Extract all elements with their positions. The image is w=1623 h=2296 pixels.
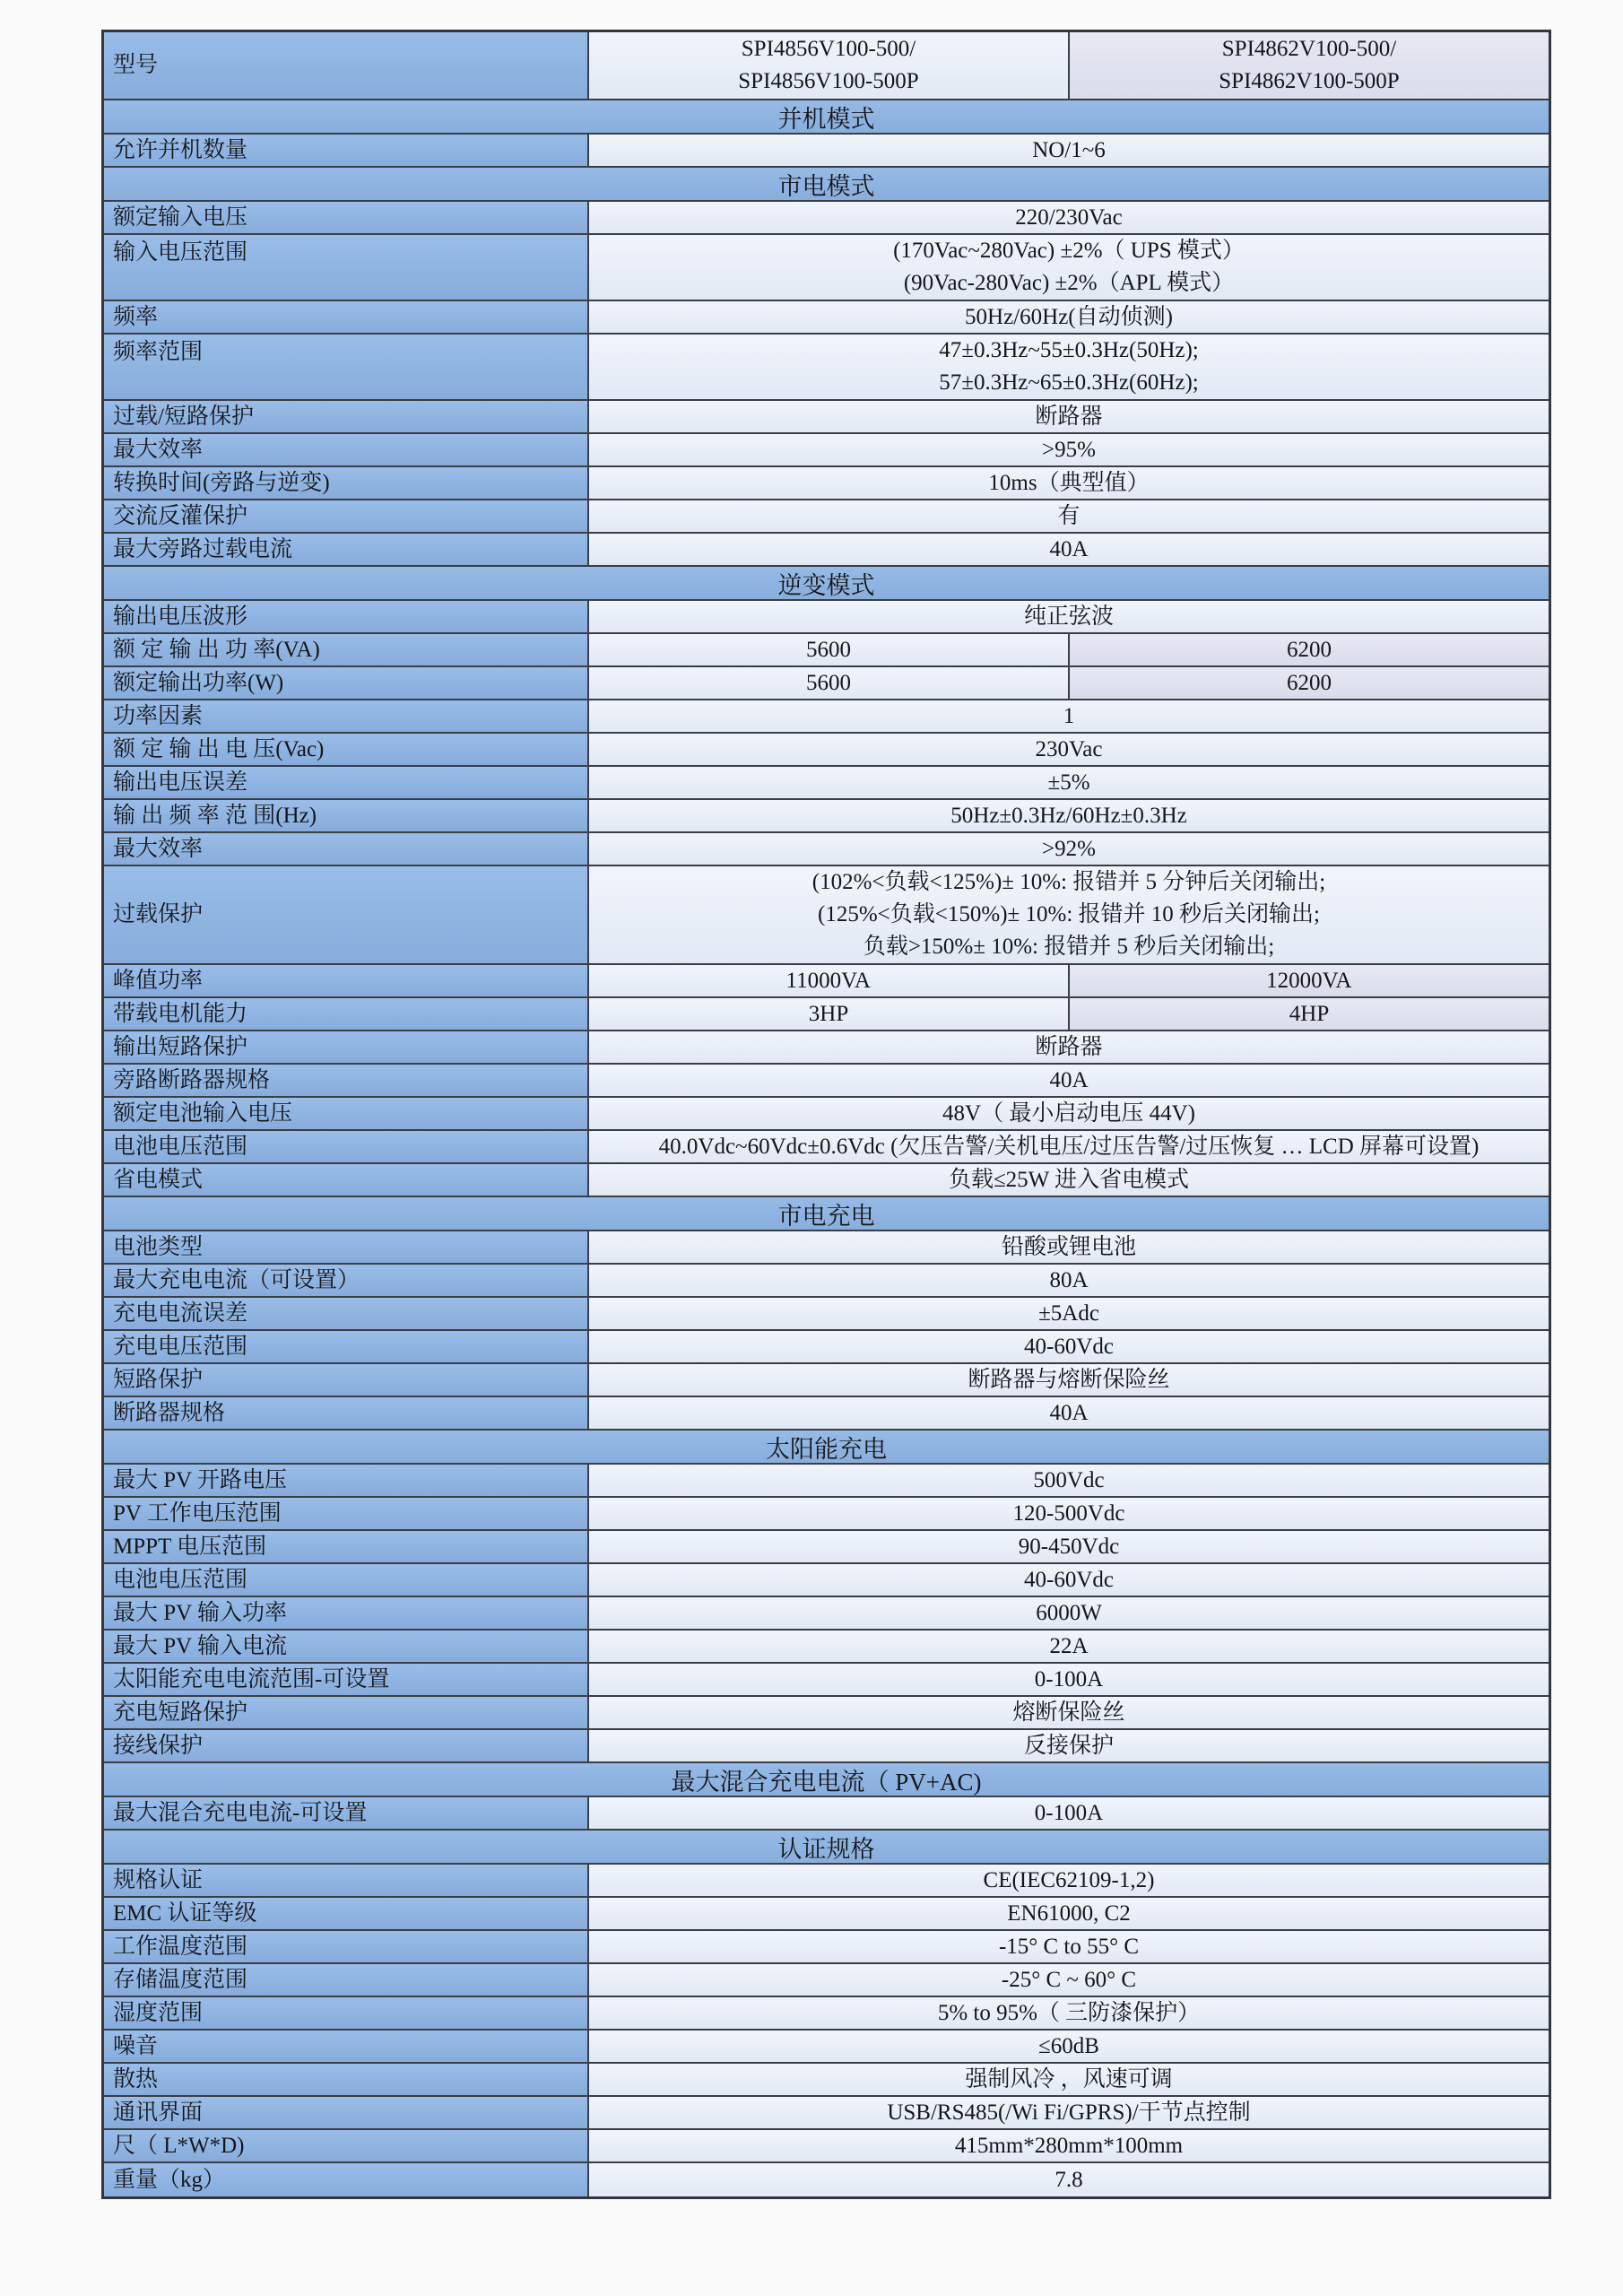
spec-row: 存储温度范围-25° C ~ 60° C bbox=[104, 1964, 1549, 1997]
row-value: 415mm*280mm*100mm bbox=[589, 2130, 1549, 2161]
row-label: 尺（ L*W*D) bbox=[104, 2130, 589, 2161]
value-line: SPI4862V100-500P bbox=[1070, 65, 1549, 98]
row-label: 最大混合充电电流-可设置 bbox=[104, 1797, 589, 1829]
spec-row: 过载/短路保护断路器 bbox=[104, 401, 1549, 434]
row-value: 50Hz/60Hz(自动侦测) bbox=[589, 301, 1549, 333]
spec-row: 额 定 输 出 电 压(Vac)230Vac bbox=[104, 734, 1549, 767]
row-label: 散热 bbox=[104, 2064, 589, 2095]
spec-row: 额定电池输入电压48V（ 最小启动电压 44V) bbox=[104, 1098, 1549, 1131]
spec-row: 最大 PV 输入电流22A bbox=[104, 1631, 1549, 1664]
section-title: 市电模式 bbox=[104, 167, 1549, 202]
spec-row: 带载电机能力3HP4HP bbox=[104, 998, 1549, 1031]
row-label: 通讯界面 bbox=[104, 2097, 589, 2128]
value-line: (125%<负载<150%)± 10%: 报错并 10 秒后关闭输出; bbox=[589, 899, 1549, 931]
row-label: 过载/短路保护 bbox=[104, 401, 589, 432]
row-value: 40-60Vdc bbox=[589, 1331, 1549, 1362]
row-value: 50Hz±0.3Hz/60Hz±0.3Hz bbox=[589, 800, 1549, 831]
value-line: 5600 bbox=[589, 634, 1068, 665]
value-line: 5% to 95%（ 三防漆保护） bbox=[589, 1997, 1549, 2029]
row-label: 重量（kg） bbox=[104, 2163, 589, 2196]
value-line: 22A bbox=[589, 1631, 1549, 1662]
spec-row: 短路保护断路器与熔断保险丝 bbox=[104, 1364, 1549, 1397]
section-title: 市电充电 bbox=[104, 1196, 1549, 1231]
row-value: 5600 bbox=[589, 667, 1070, 699]
row-value: 220/230Vac bbox=[589, 202, 1549, 233]
spec-row: 频率范围47±0.3Hz~55±0.3Hz(50Hz);57±0.3Hz~65±… bbox=[104, 335, 1549, 401]
row-value: NO/1~6 bbox=[589, 135, 1549, 166]
row-value: 80A bbox=[589, 1265, 1549, 1296]
row-value: 10ms（典型值） bbox=[589, 467, 1549, 499]
row-value: 4HP bbox=[1070, 998, 1549, 1030]
spec-row: 湿度范围5% to 95%（ 三防漆保护） bbox=[104, 1997, 1549, 2031]
spec-row: 电池类型铅酸或锂电池 bbox=[104, 1231, 1549, 1265]
row-value: (102%<负载<125%)± 10%: 报错并 5 分钟后关闭输出;(125%… bbox=[589, 866, 1549, 963]
value-line: 0-100A bbox=[589, 1797, 1549, 1829]
row-value: -25° C ~ 60° C bbox=[589, 1964, 1549, 1996]
value-line: SPI4856V100-500P bbox=[589, 65, 1068, 98]
row-value: 强制风冷 ，风速可调 bbox=[589, 2064, 1549, 2095]
row-label: PV 工作电压范围 bbox=[104, 1498, 589, 1529]
section-title: 并机模式 bbox=[104, 100, 1549, 135]
row-value: 120-500Vdc bbox=[589, 1498, 1549, 1529]
row-label: 额 定 输 出 电 压(Vac) bbox=[104, 734, 589, 765]
spec-row: 尺（ L*W*D)415mm*280mm*100mm bbox=[104, 2130, 1549, 2163]
row-label: 允许并机数量 bbox=[104, 135, 589, 166]
value-line: 0-100A bbox=[589, 1664, 1549, 1695]
value-line: 熔断保险丝 bbox=[589, 1697, 1549, 1728]
value-line: -25° C ~ 60° C bbox=[589, 1964, 1549, 1996]
value-line: SPI4862V100-500/ bbox=[1070, 33, 1549, 65]
row-label: 峰值功率 bbox=[104, 965, 589, 996]
spec-row: 最大混合充电电流-可设置0-100A bbox=[104, 1797, 1549, 1831]
row-label: 输出短路保护 bbox=[104, 1031, 589, 1063]
row-label: 电池类型 bbox=[104, 1231, 589, 1263]
row-label: 额定电池输入电压 bbox=[104, 1098, 589, 1129]
row-label: 功率因素 bbox=[104, 700, 589, 732]
value-line: ±5Adc bbox=[589, 1298, 1549, 1329]
spec-row: 额 定 输 出 功 率(VA)56006200 bbox=[104, 634, 1549, 667]
spec-row: 工作温度范围-15° C to 55° C bbox=[104, 1931, 1549, 1964]
row-value: 5600 bbox=[589, 634, 1070, 665]
row-value: SPI4856V100-500/SPI4856V100-500P bbox=[589, 32, 1070, 99]
row-value: 12000VA bbox=[1070, 965, 1549, 996]
row-value: ≤60dB bbox=[589, 2031, 1549, 2062]
value-line: 230Vac bbox=[589, 734, 1549, 765]
value-line: CE(IEC62109-1,2) bbox=[589, 1865, 1549, 1896]
value-line: EN61000, C2 bbox=[589, 1898, 1549, 1929]
row-label: 电池电压范围 bbox=[104, 1131, 589, 1162]
row-value: 有 bbox=[589, 500, 1549, 532]
row-value: 0-100A bbox=[589, 1664, 1549, 1695]
value-line: 12000VA bbox=[1070, 965, 1549, 996]
row-value: 40-60Vdc bbox=[589, 1564, 1549, 1596]
row-value: 22A bbox=[589, 1631, 1549, 1662]
section-header-row: 市电充电 bbox=[104, 1197, 1549, 1231]
value-line: 40A bbox=[589, 1397, 1549, 1429]
row-label: 断路器规格 bbox=[104, 1397, 589, 1429]
spec-row: EMC 认证等级EN61000, C2 bbox=[104, 1898, 1549, 1931]
row-value: SPI4862V100-500/SPI4862V100-500P bbox=[1070, 32, 1549, 99]
value-line: 90-450Vdc bbox=[589, 1531, 1549, 1562]
value-line: 40-60Vdc bbox=[589, 1564, 1549, 1596]
row-label: EMC 认证等级 bbox=[104, 1898, 589, 1929]
row-label: 额定输出功率(W) bbox=[104, 667, 589, 699]
row-value: 40A bbox=[589, 1397, 1549, 1429]
row-value: 11000VA bbox=[589, 965, 1070, 996]
row-value: EN61000, C2 bbox=[589, 1898, 1549, 1929]
section-header-row: 并机模式 bbox=[104, 100, 1549, 135]
row-value: 40A bbox=[589, 1065, 1549, 1096]
spec-row: 允许并机数量NO/1~6 bbox=[104, 135, 1549, 168]
row-label: 最大 PV 输入电流 bbox=[104, 1631, 589, 1662]
row-label: 电池电压范围 bbox=[104, 1564, 589, 1596]
row-label: 最大 PV 输入功率 bbox=[104, 1597, 589, 1629]
row-value: 熔断保险丝 bbox=[589, 1697, 1549, 1728]
spec-row: 重量（kg）7.8 bbox=[104, 2163, 1549, 2196]
row-label: 太阳能充电电流范围-可设置 bbox=[104, 1664, 589, 1695]
row-label: 输出电压波形 bbox=[104, 601, 589, 632]
row-value: 3HP bbox=[589, 998, 1070, 1030]
value-line: SPI4856V100-500/ bbox=[589, 33, 1068, 65]
row-label: 短路保护 bbox=[104, 1364, 589, 1396]
row-label: 额定输入电压 bbox=[104, 202, 589, 233]
spec-row: 通讯界面USB/RS485(/Wi Fi/GPRS)/干节点控制 bbox=[104, 2097, 1549, 2130]
spec-row: 规格认证CE(IEC62109-1,2) bbox=[104, 1865, 1549, 1898]
row-label: 输出电压误差 bbox=[104, 767, 589, 798]
spec-row: 交流反灌保护有 bbox=[104, 500, 1549, 534]
row-label: 最大旁路过载电流 bbox=[104, 534, 589, 565]
value-line: 纯正弦波 bbox=[589, 601, 1549, 632]
spec-row: 最大 PV 输入功率6000W bbox=[104, 1597, 1549, 1631]
value-line: 4HP bbox=[1070, 998, 1549, 1030]
row-value: 6000W bbox=[589, 1597, 1549, 1629]
spec-row: 输出电压误差±5% bbox=[104, 767, 1549, 800]
section-header-row: 太阳能充电 bbox=[104, 1431, 1549, 1465]
value-line: 1 bbox=[589, 700, 1549, 732]
spec-row: 散热强制风冷 ，风速可调 bbox=[104, 2064, 1549, 2097]
spec-row: 功率因素1 bbox=[104, 700, 1549, 734]
spec-row: 太阳能充电电流范围-可设置0-100A bbox=[104, 1664, 1549, 1697]
value-line: 50Hz/60Hz(自动侦测) bbox=[589, 301, 1549, 333]
row-value: (170Vac~280Vac) ±2%（ UPS 模式）(90Vac-280Va… bbox=[589, 235, 1549, 300]
row-value: 230Vac bbox=[589, 734, 1549, 765]
row-value: 断路器与熔断保险丝 bbox=[589, 1364, 1549, 1396]
row-value: ±5Adc bbox=[589, 1298, 1549, 1329]
row-label: 充电短路保护 bbox=[104, 1697, 589, 1728]
value-line: 铅酸或锂电池 bbox=[589, 1231, 1549, 1263]
section-header-row: 逆变模式 bbox=[104, 567, 1549, 601]
row-label: 最大充电电流（可设置） bbox=[104, 1265, 589, 1296]
value-line: 负载>150%± 10%: 报错并 5 秒后关闭输出; bbox=[589, 931, 1549, 963]
row-label: 转换时间(旁路与逆变) bbox=[104, 467, 589, 499]
spec-row: 电池电压范围40.0Vdc~60Vdc±0.6Vdc (欠压告警/关机电压/过压… bbox=[104, 1131, 1549, 1164]
row-value: 47±0.3Hz~55±0.3Hz(50Hz);57±0.3Hz~65±0.3H… bbox=[589, 335, 1549, 399]
value-line: (102%<负载<125%)± 10%: 报错并 5 分钟后关闭输出; bbox=[589, 866, 1549, 899]
value-line: 10ms（典型值） bbox=[589, 467, 1549, 499]
value-line: 反接保护 bbox=[589, 1730, 1549, 1761]
row-value: USB/RS485(/Wi Fi/GPRS)/干节点控制 bbox=[589, 2097, 1549, 2128]
spec-row: 接线保护反接保护 bbox=[104, 1730, 1549, 1763]
row-value: 1 bbox=[589, 700, 1549, 732]
value-line: 有 bbox=[589, 500, 1549, 532]
value-line: 415mm*280mm*100mm bbox=[589, 2130, 1549, 2161]
row-value: 负载≤25W 进入省电模式 bbox=[589, 1164, 1549, 1196]
spec-row: 输入电压范围(170Vac~280Vac) ±2%（ UPS 模式）(90Vac… bbox=[104, 235, 1549, 301]
row-value: 断路器 bbox=[589, 1031, 1549, 1063]
value-line: ≤60dB bbox=[589, 2031, 1549, 2062]
row-value: ±5% bbox=[589, 767, 1549, 798]
row-label: 规格认证 bbox=[104, 1865, 589, 1896]
value-line: 7.8 bbox=[589, 2164, 1549, 2196]
row-value: 反接保护 bbox=[589, 1730, 1549, 1761]
row-value: 90-450Vdc bbox=[589, 1531, 1549, 1562]
spec-row: 频率50Hz/60Hz(自动侦测) bbox=[104, 301, 1549, 335]
section-title: 最大混合充电电流（ PV+AC) bbox=[104, 1762, 1549, 1797]
spec-row: 过载保护(102%<负载<125%)± 10%: 报错并 5 分钟后关闭输出;(… bbox=[104, 866, 1549, 965]
value-line: 6000W bbox=[589, 1597, 1549, 1629]
row-label: 湿度范围 bbox=[104, 1997, 589, 2029]
spec-row: 最大效率>92% bbox=[104, 833, 1549, 866]
row-label: 最大效率 bbox=[104, 434, 589, 465]
spec-row: 输出电压波形纯正弦波 bbox=[104, 601, 1549, 634]
section-header-row: 最大混合充电电流（ PV+AC) bbox=[104, 1763, 1549, 1797]
value-line: 断路器 bbox=[589, 401, 1549, 432]
spec-row: PV 工作电压范围120-500Vdc bbox=[104, 1498, 1549, 1531]
row-label: 工作温度范围 bbox=[104, 1931, 589, 1962]
row-value: 500Vdc bbox=[589, 1465, 1549, 1496]
spec-row: 额定输入电压220/230Vac bbox=[104, 202, 1549, 235]
value-line: 负载≤25W 进入省电模式 bbox=[589, 1164, 1549, 1196]
value-line: 11000VA bbox=[589, 965, 1068, 996]
spec-row: 断路器规格40A bbox=[104, 1397, 1549, 1431]
value-line: ±5% bbox=[589, 767, 1549, 798]
row-label: 存储温度范围 bbox=[104, 1964, 589, 1996]
value-line: -15° C to 55° C bbox=[589, 1931, 1549, 1962]
row-label: 旁路断路器规格 bbox=[104, 1065, 589, 1096]
value-line: 47±0.3Hz~55±0.3Hz(50Hz); bbox=[589, 335, 1549, 367]
row-value: 6200 bbox=[1070, 667, 1549, 699]
spec-row: 最大旁路过载电流40A bbox=[104, 534, 1549, 567]
value-line: USB/RS485(/Wi Fi/GPRS)/干节点控制 bbox=[589, 2097, 1549, 2128]
row-label: 最大效率 bbox=[104, 833, 589, 865]
value-line: (90Vac-280Vac) ±2%（APL 模式） bbox=[589, 267, 1549, 300]
value-line: 120-500Vdc bbox=[589, 1498, 1549, 1529]
spec-row: 省电模式负载≤25W 进入省电模式 bbox=[104, 1164, 1549, 1197]
row-value: 7.8 bbox=[589, 2163, 1549, 2196]
row-value: 铅酸或锂电池 bbox=[589, 1231, 1549, 1263]
row-value: 40A bbox=[589, 534, 1549, 565]
row-value: 40.0Vdc~60Vdc±0.6Vdc (欠压告警/关机电压/过压告警/过压恢… bbox=[589, 1131, 1549, 1162]
value-line: 40A bbox=[589, 1065, 1549, 1096]
value-line: 500Vdc bbox=[589, 1465, 1549, 1496]
value-line: 6200 bbox=[1070, 667, 1549, 699]
value-line: 220/230Vac bbox=[589, 202, 1549, 233]
row-label: 输入电压范围 bbox=[104, 235, 589, 300]
value-line: 50Hz±0.3Hz/60Hz±0.3Hz bbox=[589, 800, 1549, 831]
spec-row: 充电电压范围40-60Vdc bbox=[104, 1331, 1549, 1364]
row-value: >95% bbox=[589, 434, 1549, 465]
spec-row: 转换时间(旁路与逆变)10ms（典型值） bbox=[104, 467, 1549, 500]
row-label: 额 定 输 出 功 率(VA) bbox=[104, 634, 589, 665]
row-value: 纯正弦波 bbox=[589, 601, 1549, 632]
row-value: CE(IEC62109-1,2) bbox=[589, 1865, 1549, 1896]
spec-row: 噪音≤60dB bbox=[104, 2031, 1549, 2064]
spec-row: 最大充电电流（可设置）80A bbox=[104, 1265, 1549, 1298]
spec-row: 峰值功率11000VA12000VA bbox=[104, 965, 1549, 998]
row-label: 交流反灌保护 bbox=[104, 500, 589, 532]
spec-row: MPPT 电压范围90-450Vdc bbox=[104, 1531, 1549, 1564]
value-line: 40-60Vdc bbox=[589, 1331, 1549, 1362]
section-title: 太阳能充电 bbox=[104, 1430, 1549, 1465]
value-line: 断路器 bbox=[589, 1031, 1549, 1063]
spec-row: 输 出 频 率 范 围(Hz)50Hz±0.3Hz/60Hz±0.3Hz bbox=[104, 800, 1549, 833]
spec-row: 充电电流误差±5Adc bbox=[104, 1298, 1549, 1331]
value-line: 3HP bbox=[589, 998, 1068, 1030]
value-line: 40.0Vdc~60Vdc±0.6Vdc (欠压告警/关机电压/过压告警/过压恢… bbox=[589, 1131, 1549, 1162]
row-value: 6200 bbox=[1070, 634, 1549, 665]
spec-row: 最大效率>95% bbox=[104, 434, 1549, 467]
row-label: 频率 bbox=[104, 301, 589, 333]
section-header-row: 市电模式 bbox=[104, 168, 1549, 202]
spec-row: 最大 PV 开路电压500Vdc bbox=[104, 1465, 1549, 1498]
row-value: >92% bbox=[589, 833, 1549, 865]
spec-table: 型号SPI4856V100-500/SPI4856V100-500PSPI486… bbox=[101, 30, 1551, 2199]
spec-sheet-page: { "colors": { "label_bg": "#8DB4E2", "se… bbox=[0, 0, 1623, 2296]
value-line: 强制风冷 ，风速可调 bbox=[589, 2064, 1549, 2095]
row-label: 型号 bbox=[104, 32, 589, 99]
row-label: 频率范围 bbox=[104, 335, 589, 399]
value-line: >92% bbox=[589, 833, 1549, 865]
spec-row: 输出短路保护断路器 bbox=[104, 1031, 1549, 1065]
section-header-row: 认证规格 bbox=[104, 1831, 1549, 1865]
row-label: 输 出 频 率 范 围(Hz) bbox=[104, 800, 589, 831]
row-value: -15° C to 55° C bbox=[589, 1931, 1549, 1962]
section-title: 逆变模式 bbox=[104, 566, 1549, 601]
spec-row: 旁路断路器规格40A bbox=[104, 1065, 1549, 1098]
row-label: 充电电压范围 bbox=[104, 1331, 589, 1362]
row-label: 最大 PV 开路电压 bbox=[104, 1465, 589, 1496]
row-label: 带载电机能力 bbox=[104, 998, 589, 1030]
row-value: 48V（ 最小启动电压 44V) bbox=[589, 1098, 1549, 1129]
spec-row: 额定输出功率(W)56006200 bbox=[104, 667, 1549, 700]
spec-row: 电池电压范围40-60Vdc bbox=[104, 1564, 1549, 1597]
value-line: 57±0.3Hz~65±0.3Hz(60Hz); bbox=[589, 367, 1549, 399]
row-value: 5% to 95%（ 三防漆保护） bbox=[589, 1997, 1549, 2029]
value-line: 40A bbox=[589, 534, 1549, 565]
value-line: 5600 bbox=[589, 667, 1068, 699]
section-title: 认证规格 bbox=[104, 1830, 1549, 1865]
value-line: 48V（ 最小启动电压 44V) bbox=[589, 1098, 1549, 1129]
row-value: 断路器 bbox=[589, 401, 1549, 432]
spec-row: 充电短路保护熔断保险丝 bbox=[104, 1697, 1549, 1730]
value-line: >95% bbox=[589, 434, 1549, 465]
row-label: 充电电流误差 bbox=[104, 1298, 589, 1329]
row-label: 噪音 bbox=[104, 2031, 589, 2062]
row-label: MPPT 电压范围 bbox=[104, 1531, 589, 1562]
value-line: 80A bbox=[589, 1265, 1549, 1296]
value-line: 6200 bbox=[1070, 634, 1549, 665]
row-label: 过载保护 bbox=[104, 866, 589, 963]
value-line: 断路器与熔断保险丝 bbox=[589, 1364, 1549, 1396]
row-label: 接线保护 bbox=[104, 1730, 589, 1761]
value-line: (170Vac~280Vac) ±2%（ UPS 模式） bbox=[589, 235, 1549, 267]
row-value: 0-100A bbox=[589, 1797, 1549, 1829]
spec-row: 型号SPI4856V100-500/SPI4856V100-500PSPI486… bbox=[104, 32, 1549, 100]
value-line: NO/1~6 bbox=[589, 135, 1549, 166]
row-label: 省电模式 bbox=[104, 1164, 589, 1196]
